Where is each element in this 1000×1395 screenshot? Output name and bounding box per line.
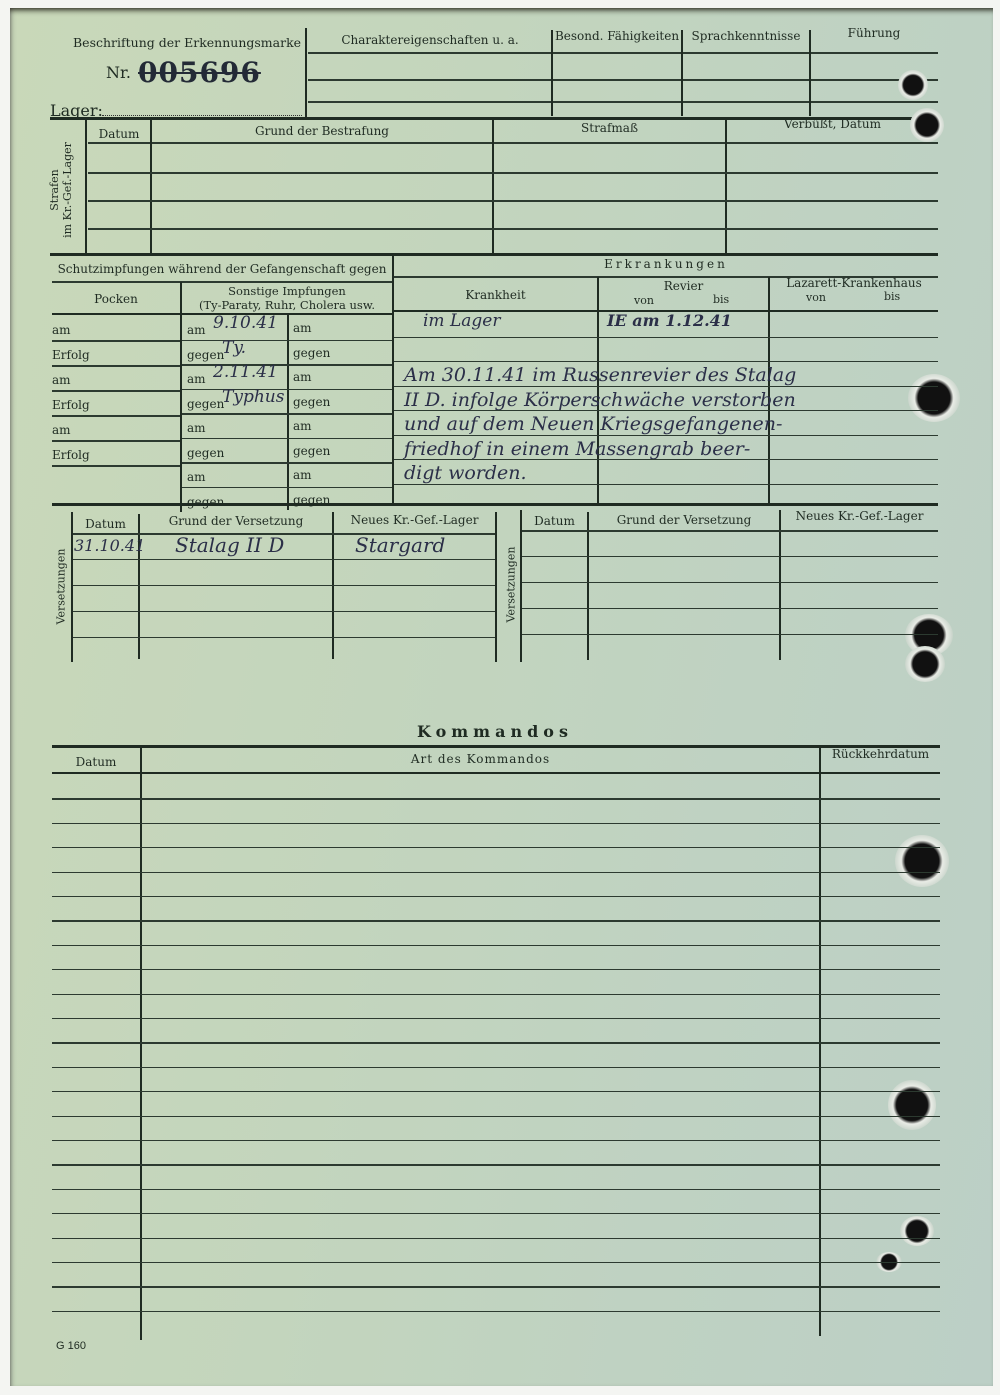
col-sprachkenntnisse: Sprachkenntnisse bbox=[683, 29, 809, 43]
sonstige-row-label: am bbox=[187, 323, 206, 337]
lazarett-bis: bis bbox=[884, 290, 900, 303]
sonstige-row-label: am bbox=[187, 421, 206, 435]
row-line bbox=[52, 1189, 940, 1190]
strafen-side-label-1: Strafen bbox=[48, 135, 61, 245]
row-line bbox=[394, 386, 938, 387]
kommandos-title: Kommandos bbox=[52, 722, 938, 741]
row-line bbox=[182, 462, 392, 464]
vers-left-col-lager: Neues Kr.-Gef.-Lager bbox=[334, 513, 495, 527]
row-line bbox=[182, 438, 392, 440]
row-line bbox=[52, 969, 940, 970]
col-charaktereigenschaften: Charaktereigenschaften u. a. bbox=[310, 33, 550, 47]
lager-dotted-line bbox=[102, 115, 302, 116]
punch-hole bbox=[895, 835, 949, 887]
punch-hole bbox=[900, 1216, 934, 1246]
vers-right-col-lager: Neues Kr.-Gef.-Lager bbox=[781, 509, 938, 523]
kommandos-col-datum: Datum bbox=[52, 755, 140, 769]
row-line bbox=[52, 872, 940, 873]
punch-hole bbox=[908, 374, 960, 422]
strafen-side-label: Strafen im Kr.-Gef.-Lager bbox=[48, 135, 74, 245]
revier-value: IE am 1.12.41 bbox=[607, 311, 732, 330]
col-strafen-datum: Datum bbox=[88, 127, 150, 141]
pocken-row-label: Erfolg bbox=[52, 398, 90, 412]
vers-row-grund: Stalag II D bbox=[175, 533, 284, 557]
sonstige-row-label-right: gegen bbox=[293, 493, 330, 507]
vers-left-col-grund: Grund der Versetzung bbox=[140, 514, 332, 528]
row-line bbox=[52, 945, 940, 946]
row-line bbox=[52, 415, 180, 417]
versetzungen-side-label-right: Versetzungen bbox=[505, 540, 518, 630]
pocken-row-label: Erfolg bbox=[52, 448, 90, 462]
lazarett-von: von bbox=[806, 291, 826, 304]
sonstige-row-label-right: gegen bbox=[293, 444, 330, 458]
remark-line: Am 30.11.41 im Russenrevier des Stalag bbox=[404, 364, 796, 386]
row-line bbox=[394, 410, 938, 411]
row-line bbox=[182, 389, 392, 391]
kommandos-col-art: Art des Kommandos bbox=[142, 752, 819, 766]
row-line bbox=[52, 440, 180, 442]
row-line bbox=[52, 1140, 940, 1141]
col-sonstige-impfungen-2: (Ty-Paraty, Ruhr, Cholera usw. bbox=[182, 298, 392, 312]
row-line bbox=[52, 847, 940, 848]
krankheit-value: im Lager bbox=[423, 311, 500, 331]
col-sonstige-impfungen-1: Sonstige Impfungen bbox=[182, 284, 392, 298]
row-line bbox=[52, 1091, 940, 1092]
vers-row-lager: Stargard bbox=[355, 533, 445, 557]
row-line bbox=[182, 340, 392, 342]
row-line bbox=[52, 1042, 940, 1043]
nr-label: Nr. bbox=[106, 63, 131, 82]
col-sonstige-impfungen: Sonstige Impfungen (Ty-Paraty, Ruhr, Cho… bbox=[182, 284, 392, 312]
pow-record-card bbox=[10, 8, 993, 1386]
erkennungsmarke-label: Beschriftung der Erkennungsmarke bbox=[73, 35, 301, 50]
row-line bbox=[73, 611, 495, 612]
sonstige-row-value: 2.11.41 bbox=[213, 362, 278, 382]
row-line bbox=[52, 823, 940, 824]
row-line bbox=[52, 798, 940, 799]
sonstige-row-value: Typhus bbox=[222, 387, 284, 407]
vers-left-col-datum: Datum bbox=[73, 517, 138, 531]
sonstige-row-label-right: gegen bbox=[293, 395, 330, 409]
pocken-row-label: Erfolg bbox=[52, 348, 90, 362]
row-line bbox=[182, 487, 392, 489]
sonstige-row-label: am bbox=[187, 470, 206, 484]
nr-value: 005696 bbox=[138, 56, 261, 89]
row-line bbox=[52, 340, 180, 342]
row-line bbox=[52, 994, 940, 995]
row-line bbox=[52, 1067, 940, 1068]
sonstige-row-label: gegen bbox=[187, 348, 224, 362]
col-revier: Revier bbox=[599, 279, 768, 293]
row-line bbox=[522, 556, 938, 557]
erkrankungen-title: Erkrankungen bbox=[394, 257, 938, 271]
vers-right-col-grund: Grund der Versetzung bbox=[589, 513, 779, 527]
row-line bbox=[52, 1164, 940, 1165]
row-line bbox=[73, 559, 495, 560]
col-lazarett: Lazarett-Krankenhaus bbox=[770, 276, 938, 290]
sonstige-row-label-right: am bbox=[293, 321, 312, 335]
row-line bbox=[52, 1262, 940, 1263]
remark-line: II D. infolge Körperschwäche verstorben bbox=[404, 389, 796, 411]
row-line bbox=[52, 896, 940, 897]
revier-von: von bbox=[634, 294, 654, 307]
punch-hole bbox=[898, 70, 928, 100]
remark-line: digt worden. bbox=[404, 462, 527, 484]
remark-line: und auf dem Neuen Kriegsgefangenen- bbox=[404, 413, 782, 435]
row-line bbox=[52, 1213, 940, 1214]
remark-line: friedhof in einem Massengrab beer- bbox=[404, 438, 750, 460]
row-line bbox=[73, 637, 495, 638]
strafen-side-label-2: im Kr.-Gef.-Lager bbox=[61, 135, 74, 245]
row-line bbox=[52, 465, 180, 467]
row-line bbox=[522, 608, 938, 609]
row-line bbox=[52, 1311, 940, 1312]
vers-row-datum: 31.10.41 bbox=[74, 536, 145, 555]
col-grund-der-bestrafung: Grund der Bestrafung bbox=[152, 124, 492, 138]
row-line bbox=[394, 484, 938, 485]
sonstige-row-value: Ty. bbox=[222, 338, 246, 358]
col-pocken: Pocken bbox=[52, 292, 180, 306]
punch-hole bbox=[905, 646, 945, 682]
sonstige-row-label: am bbox=[187, 372, 206, 386]
sonstige-row-label: gegen bbox=[187, 446, 224, 460]
impfungen-title: Schutzimpfungen während der Gefangenscha… bbox=[52, 262, 392, 276]
row-line bbox=[52, 1018, 940, 1019]
row-line bbox=[522, 582, 938, 583]
sonstige-row-value: 9.10.41 bbox=[213, 313, 278, 333]
row-line bbox=[394, 459, 938, 460]
col-strafmass: Strafmaß bbox=[494, 121, 725, 135]
row-line bbox=[394, 337, 938, 338]
punch-hole bbox=[888, 1080, 936, 1130]
row-line bbox=[52, 920, 940, 921]
sonstige-row-label-right: am bbox=[293, 468, 312, 482]
versetzungen-side-label-left: Versetzungen bbox=[55, 542, 68, 632]
row-line bbox=[52, 1116, 940, 1117]
col-fuehrung: Führung bbox=[811, 26, 937, 40]
revier-bis: bis bbox=[713, 293, 729, 306]
col-krankheit: Krankheit bbox=[394, 288, 597, 302]
col-besond-faehigkeiten: Besond. Fähigkeiten bbox=[553, 29, 681, 43]
row-line bbox=[52, 1286, 940, 1287]
row-line bbox=[52, 365, 180, 367]
row-line bbox=[394, 435, 938, 436]
col-verbuesst-datum: Verbüßt, Datum bbox=[727, 117, 938, 131]
kommandos-col-rueckkehrdatum: Rückkehrdatum bbox=[821, 747, 940, 761]
pocken-row-label: am bbox=[52, 423, 71, 437]
punch-hole bbox=[910, 108, 944, 142]
vers-right-col-datum: Datum bbox=[522, 514, 587, 528]
pocken-row-label: am bbox=[52, 373, 71, 387]
pocken-row-label: am bbox=[52, 323, 71, 337]
sonstige-row-label: gegen bbox=[187, 495, 224, 509]
sonstige-row-label-right: am bbox=[293, 419, 312, 433]
sonstige-row-label-right: am bbox=[293, 370, 312, 384]
row-line bbox=[182, 413, 392, 415]
row-line bbox=[73, 585, 495, 586]
form-id: G 160 bbox=[56, 1340, 86, 1352]
row-line bbox=[52, 1238, 940, 1239]
sonstige-row-label: gegen bbox=[187, 397, 224, 411]
row-line bbox=[394, 361, 938, 362]
row-line bbox=[52, 390, 180, 392]
sonstige-row-label-right: gegen bbox=[293, 346, 330, 360]
row-line bbox=[522, 634, 938, 635]
